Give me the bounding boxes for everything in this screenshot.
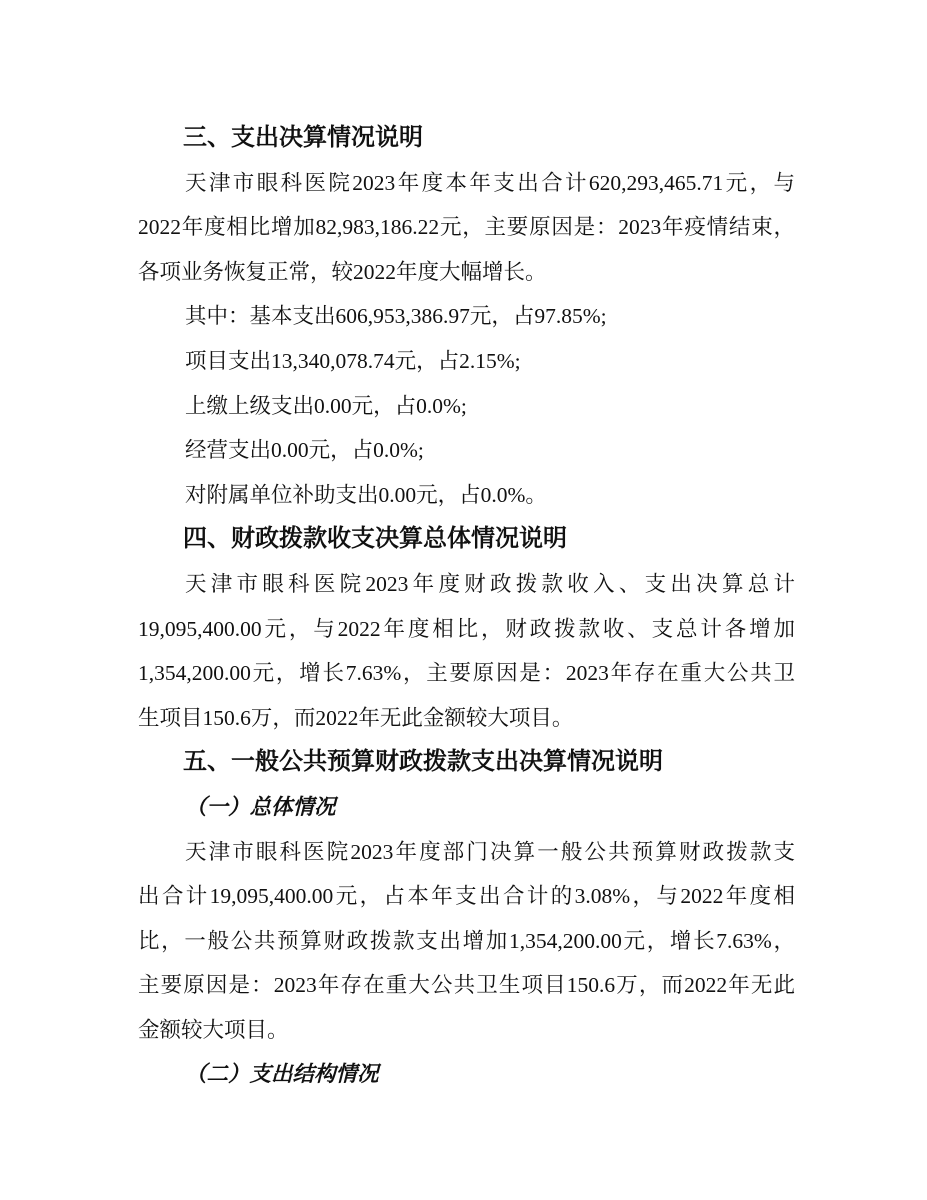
section-5-subheading-overview: （一）总体情况 — [138, 785, 795, 830]
section-3-heading: 三、支出决算情况说明 — [138, 116, 795, 161]
expenditure-breakdown-line: 项目支出13,340,078.74元，占2.15%; — [138, 339, 795, 384]
expenditure-breakdown-line: 经营支出0.00元，占0.0%; — [138, 428, 795, 473]
section-4-heading: 四、财政拨款收支决算总体情况说明 — [138, 517, 795, 562]
expenditure-breakdown-line: 其中：基本支出606,953,386.97元，占97.85%; — [138, 294, 795, 339]
section-3-paragraph-line: 各项业务恢复正常，较2022年度大幅增长。 — [138, 250, 795, 295]
section-5-paragraph-line: 主要原因是：2023年存在重大公共卫生项目150.6万，而2022年无此 — [138, 963, 795, 1008]
section-3-paragraph-line: 2022年度相比增加82,983,186.22元，主要原因是：2023年疫情结束… — [138, 205, 795, 250]
expenditure-breakdown-line: 对附属单位补助支出0.00元，占0.0%。 — [138, 473, 795, 518]
section-5-paragraph-line: 金额较大项目。 — [138, 1008, 795, 1053]
section-5-paragraph-line: 比，一般公共预算财政拨款支出增加1,354,200.00元，增长7.63%， — [138, 919, 795, 964]
expenditure-breakdown-line: 上缴上级支出0.00元，占0.0%; — [138, 384, 795, 429]
section-4-paragraph-line: 生项目150.6万，而2022年无此金额较大项目。 — [138, 696, 795, 741]
section-4-paragraph-line: 1,354,200.00元，增长7.63%，主要原因是：2023年存在重大公共卫 — [138, 651, 795, 696]
section-5-paragraph-line: 天津市眼科医院2023年度部门决算一般公共预算财政拨款支 — [138, 830, 795, 875]
section-5-heading: 五、一般公共预算财政拨款支出决算情况说明 — [138, 740, 795, 785]
section-4-paragraph-line: 19,095,400.00元，与2022年度相比，财政拨款收、支总计各增加 — [138, 607, 795, 652]
section-3-paragraph-line: 天津市眼科医院2023年度本年支出合计620,293,465.71元，与 — [138, 161, 795, 206]
document-page: 三、支出决算情况说明 天津市眼科医院2023年度本年支出合计620,293,46… — [0, 0, 927, 1200]
section-5-subheading-expenditure-structure: （二）支出结构情况 — [138, 1052, 795, 1097]
section-5-paragraph-line: 出合计19,095,400.00元，占本年支出合计的3.08%，与2022年度相 — [138, 874, 795, 919]
section-4-paragraph-line: 天津市眼科医院2023年度财政拨款收入、支出决算总计 — [138, 562, 795, 607]
